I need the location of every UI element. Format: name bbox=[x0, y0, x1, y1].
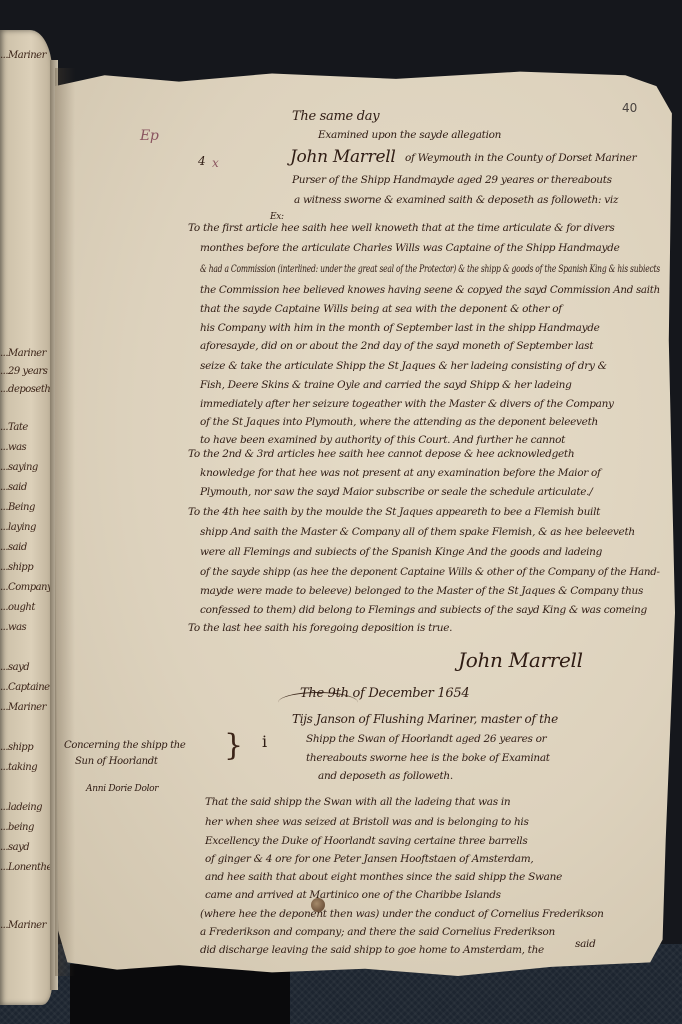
catchword: said bbox=[575, 938, 596, 950]
margin-note-line: Concerning the shipp the bbox=[64, 740, 186, 751]
left-fragment: ...laying bbox=[0, 522, 36, 533]
article-line: aforesayde, did on or about the 2nd day … bbox=[200, 340, 593, 352]
margin-numeral: i bbox=[262, 732, 267, 751]
left-fragment: ...29 years bbox=[0, 366, 47, 377]
article-line: to have been examined by authority of th… bbox=[200, 434, 565, 446]
margin-mark: 4 bbox=[198, 154, 205, 168]
left-fragment: ...Tate bbox=[0, 422, 28, 433]
intro-line: a witness sworne & examined saith & depo… bbox=[294, 194, 618, 206]
left-fragment: ...ought bbox=[0, 602, 35, 613]
article-line: of the sayde shipp (as hee the deponent … bbox=[200, 566, 660, 578]
intro-line: Purser of the Shipp Handmayde aged 29 ye… bbox=[292, 174, 612, 186]
left-fragment: ...deposeth bbox=[0, 384, 50, 395]
deposition-subheading: Examined upon the sayde allegation bbox=[318, 129, 501, 141]
left-fragment: ...ladeing bbox=[0, 802, 42, 813]
deponent-name: John Marrell bbox=[290, 147, 395, 167]
article-line: seize & take the articulate Shipp the St… bbox=[200, 360, 607, 372]
deposition-heading: The same day bbox=[292, 109, 379, 124]
left-fragment: ...said bbox=[0, 542, 27, 553]
article-line: To the last hee saith his foregoing depo… bbox=[188, 622, 452, 634]
article-line: knowledge for that hee was not present a… bbox=[200, 467, 601, 479]
article-line: immediately after her seizure togeather … bbox=[200, 398, 614, 410]
article-line: his Company with him in the month of Sep… bbox=[200, 322, 600, 334]
left-fragment: ...Lonenthe bbox=[0, 862, 52, 873]
wax-seal-stain bbox=[311, 898, 325, 912]
body-line: and hee saith that about eight monthes s… bbox=[205, 871, 562, 883]
article-line: that the sayde Captaine Wills being at s… bbox=[200, 303, 562, 315]
left-fragment: ...taking bbox=[0, 762, 37, 773]
article-line: monthes before the articulate Charles Wi… bbox=[200, 242, 619, 254]
left-fragment: ...being bbox=[0, 822, 34, 833]
left-fragment: ...Being bbox=[0, 502, 35, 513]
signature: John Marrell bbox=[458, 648, 583, 672]
left-fragment: ...Mariner bbox=[0, 920, 46, 931]
margin-note-line: Sun of Hoorlandt bbox=[75, 756, 158, 767]
left-fragment: ...Company bbox=[0, 582, 52, 593]
body-line: (where hee the deponent then was) under … bbox=[200, 908, 604, 920]
left-fragment: ...was bbox=[0, 622, 26, 633]
left-fragment: ...Mariner bbox=[0, 50, 46, 61]
article-line: To the first article hee saith hee well … bbox=[188, 222, 614, 234]
margin-mark: x bbox=[212, 156, 218, 170]
brace-glyph: } bbox=[224, 728, 243, 763]
left-fragment: ...shipp bbox=[0, 742, 33, 753]
margin-subnote: Anni Dorie Dolor bbox=[86, 784, 158, 794]
intro-line: and deposeth as followeth. bbox=[318, 770, 453, 782]
left-fragment: ...sayd bbox=[0, 662, 29, 673]
article-line: the Commission hee believed knowes havin… bbox=[200, 284, 660, 296]
article-line: mayde were made to beleeve) belonged to … bbox=[200, 585, 643, 597]
intro-line: Shipp the Swan of Hoorlandt aged 26 year… bbox=[306, 733, 546, 745]
body-line: came and arrived at Martinico one of the… bbox=[205, 889, 501, 901]
article-line: were all Flemings and subiects of the Sp… bbox=[200, 546, 602, 558]
body-line: did discharge leaving the said shipp to … bbox=[200, 944, 544, 956]
body-line: Excellency the Duke of Hoorlandt saving … bbox=[205, 835, 527, 847]
body-line: a Frederikson and company; and there the… bbox=[200, 926, 555, 938]
left-fragment: ...said bbox=[0, 482, 27, 493]
left-fragment: ...Captaine bbox=[0, 682, 50, 693]
article-line: Fish, Deere Skins & traine Oyle and carr… bbox=[200, 379, 572, 391]
body-line: of ginger & 4 ore for one Peter Jansen H… bbox=[205, 853, 533, 865]
left-fragment: ...saying bbox=[0, 462, 38, 473]
marginal-prefix: Ex: bbox=[270, 212, 284, 222]
article-line: Plymouth, nor saw the sayd Maior subscri… bbox=[200, 486, 592, 498]
intro-line: of Weymouth in the County of Dorset Mari… bbox=[405, 152, 636, 164]
folio-number: 40 bbox=[622, 101, 637, 115]
margin-mark: Ep bbox=[140, 128, 159, 144]
body-line: That the said shipp the Swan with all th… bbox=[205, 796, 510, 808]
left-page-verso: ...Mariner ...Mariner ...29 years ...dep… bbox=[0, 30, 52, 1005]
intro-line: Tijs Janson of Flushing Mariner, master … bbox=[292, 712, 558, 726]
date-heading: The 9th of December 1654 bbox=[300, 686, 469, 701]
intro-line: thereabouts sworne hee is the boke of Ex… bbox=[306, 752, 550, 764]
left-fragment: ...Mariner bbox=[0, 348, 46, 359]
article-line: To the 2nd & 3rd articles hee saith hee … bbox=[188, 448, 574, 460]
article-line: To the 4th hee saith by the moulde the S… bbox=[188, 506, 600, 518]
page-shadow bbox=[55, 68, 75, 976]
left-fragment: ...shipp bbox=[0, 562, 33, 573]
body-line: her when shee was seized at Bristoll was… bbox=[205, 816, 529, 828]
left-fragment: ...Mariner bbox=[0, 702, 46, 713]
article-line: & had a Commission (interlined: under th… bbox=[200, 263, 660, 275]
left-fragment: ...was bbox=[0, 442, 26, 453]
left-fragment: ...sayd bbox=[0, 842, 29, 853]
article-line: confessed to them) did belong to Fleming… bbox=[200, 604, 647, 616]
book-cover-shadow bbox=[70, 964, 290, 1024]
article-line: shipp And saith the Master & Company all… bbox=[200, 526, 635, 538]
article-line: of the St Jaques into Plymouth, where th… bbox=[200, 416, 598, 428]
